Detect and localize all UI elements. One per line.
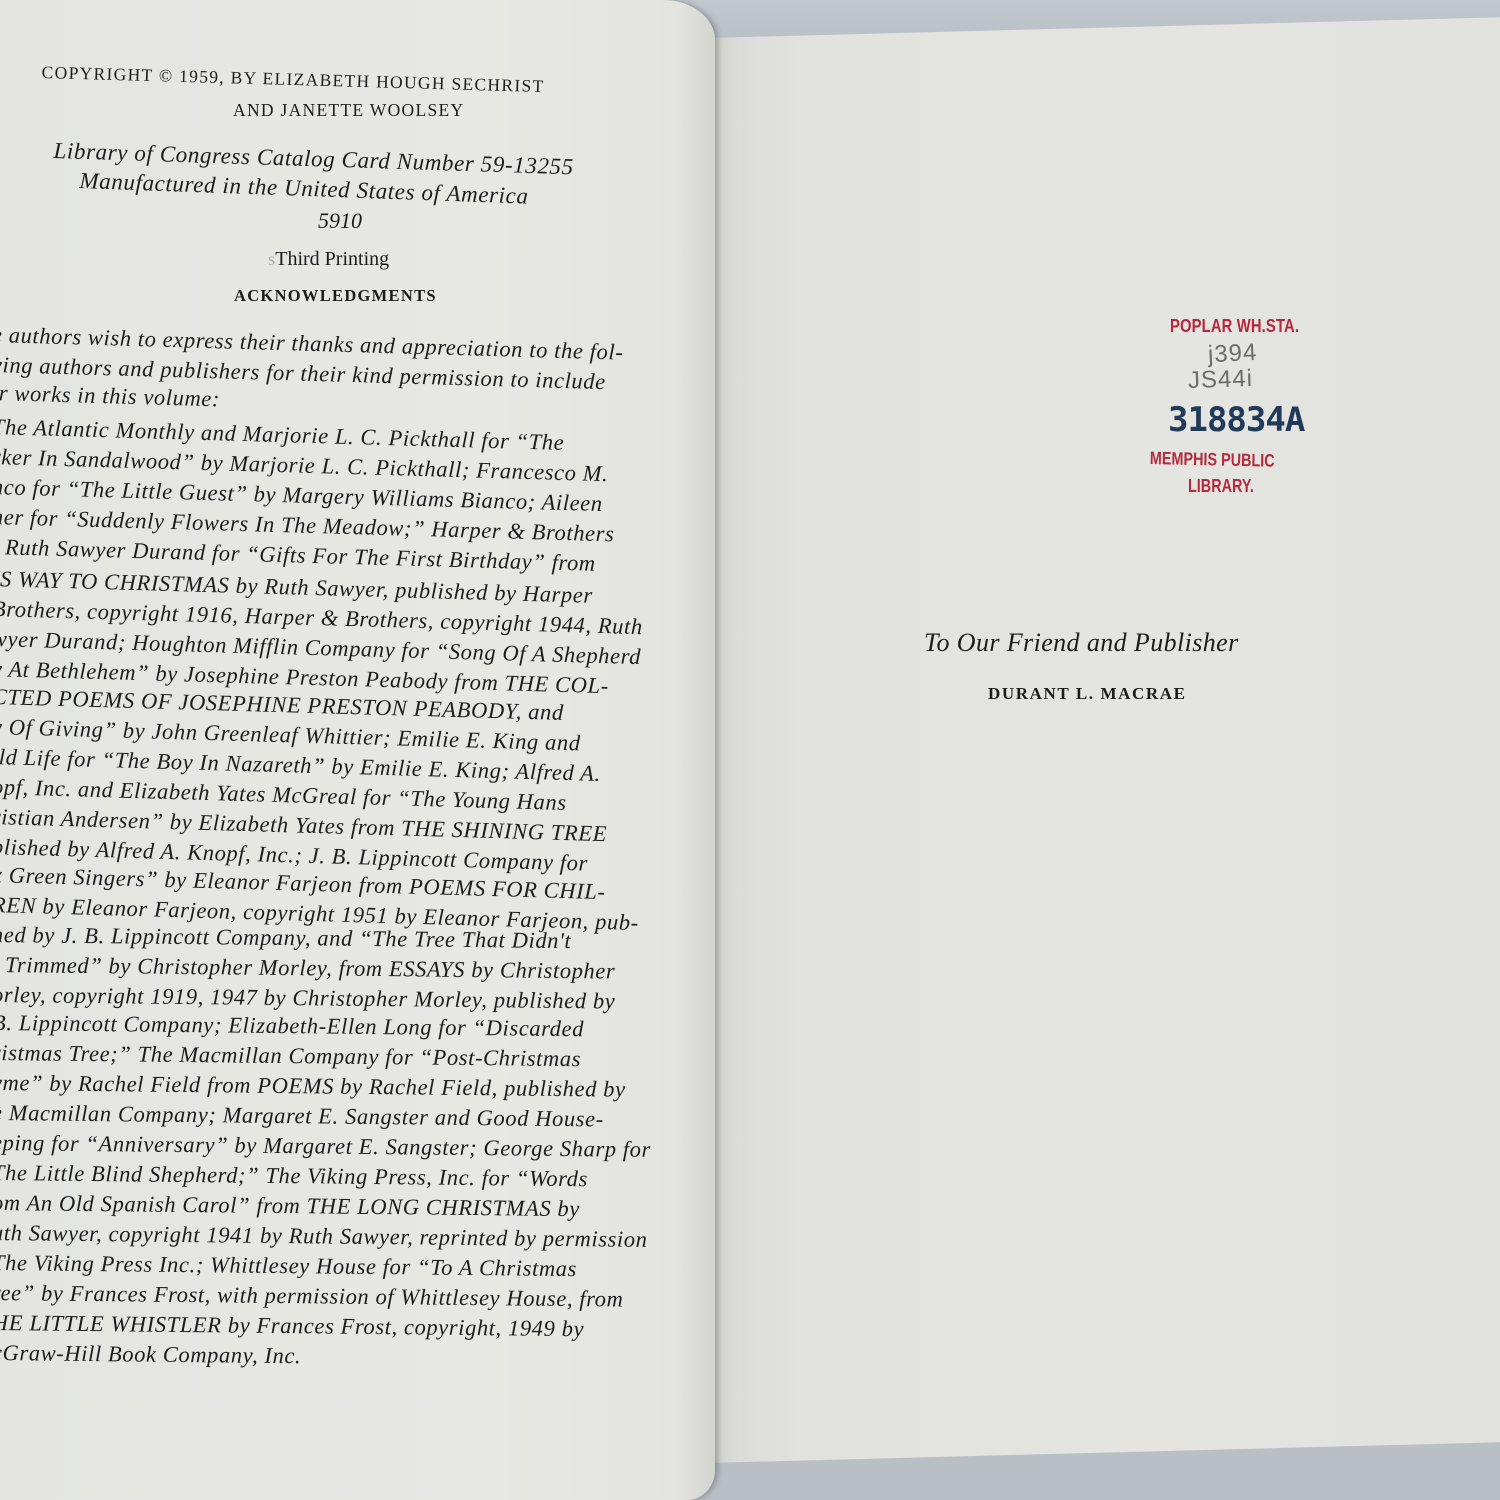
acknowledgment-line: e Macmillan Company; Margaret E. Sangste… [0,1100,604,1132]
acknowledgment-line: eping for “Anniversary” by Margaret E. S… [0,1130,651,1163]
copyright-page: COPYRIGHT © 1959, BY ELIZABETH HOUGH SEC… [0,0,715,1500]
acknowledgment-line: The Little Blind Shepherd;” The Viking P… [0,1160,588,1192]
printing-edition: SThird Printing [268,248,389,271]
acknowledgment-line: om An Old Spanish Carol” from THE LONG C… [0,1190,580,1222]
acknowledgment-line: t Trimmed” by Christopher Morley, from E… [0,952,615,985]
accession-number: 318834A [1168,400,1304,440]
library-name-line2: LIBRARY. [1188,476,1254,497]
acknowledgment-line: HE LITTLE WHISTLER by Frances Frost, cop… [0,1310,584,1342]
dedicatee-name: DURANT L. MACRAE [988,684,1187,704]
acknowledgment-line: orley, copyright 1919, 1947 by Christoph… [0,982,615,1015]
dedication-text: To Our Friend and Publisher [924,628,1239,658]
branch-stamp: POPLAR WH.STA. [1170,316,1299,337]
acknowledgment-line: hed by J. B. Lippincott Company, and “Th… [0,922,572,954]
acknowledgment-line: ir works in this volume: [0,380,220,412]
print-code: 5910 [318,208,362,234]
acknowledgment-line: uth Sawyer, copyright 1941 by Ruth Sawye… [0,1220,648,1253]
acknowledgment-line: ree” by Frances Frost, with permission o… [0,1280,624,1313]
dedication-page: POPLAR WH.STA. j394 JS44i 318834A MEMPHI… [708,0,1500,1500]
acknowledgments-heading: ACKNOWLEDGMENTS [234,286,437,306]
printing-label: Third Printing [275,248,389,270]
acknowledgment-line: ristmas Tree;” The Macmillan Company for… [0,1040,581,1072]
call-number-line2: JS44i [1188,365,1254,395]
acknowledgment-line: yme” by Rachel Field from POEMS by Rache… [0,1070,626,1103]
copyright-notice: COPYRIGHT © 1959, BY ELIZABETH HOUGH SEC… [41,62,681,101]
library-stamp: POPLAR WH.STA. j394 JS44i 318834A MEMPHI… [1148,310,1348,510]
acknowledgment-line: The Viking Press Inc.; Whittlesey House … [0,1250,577,1282]
copyright-authors: AND JANETTE WOOLSEY [233,100,464,121]
acknowledgment-line: B. Lippincott Company; Elizabeth-Ellen L… [0,1010,584,1042]
library-name-line1: MEMPHIS PUBLIC [1150,448,1275,472]
acknowledgment-line: cGraw-Hill Book Company, Inc. [0,1340,301,1369]
